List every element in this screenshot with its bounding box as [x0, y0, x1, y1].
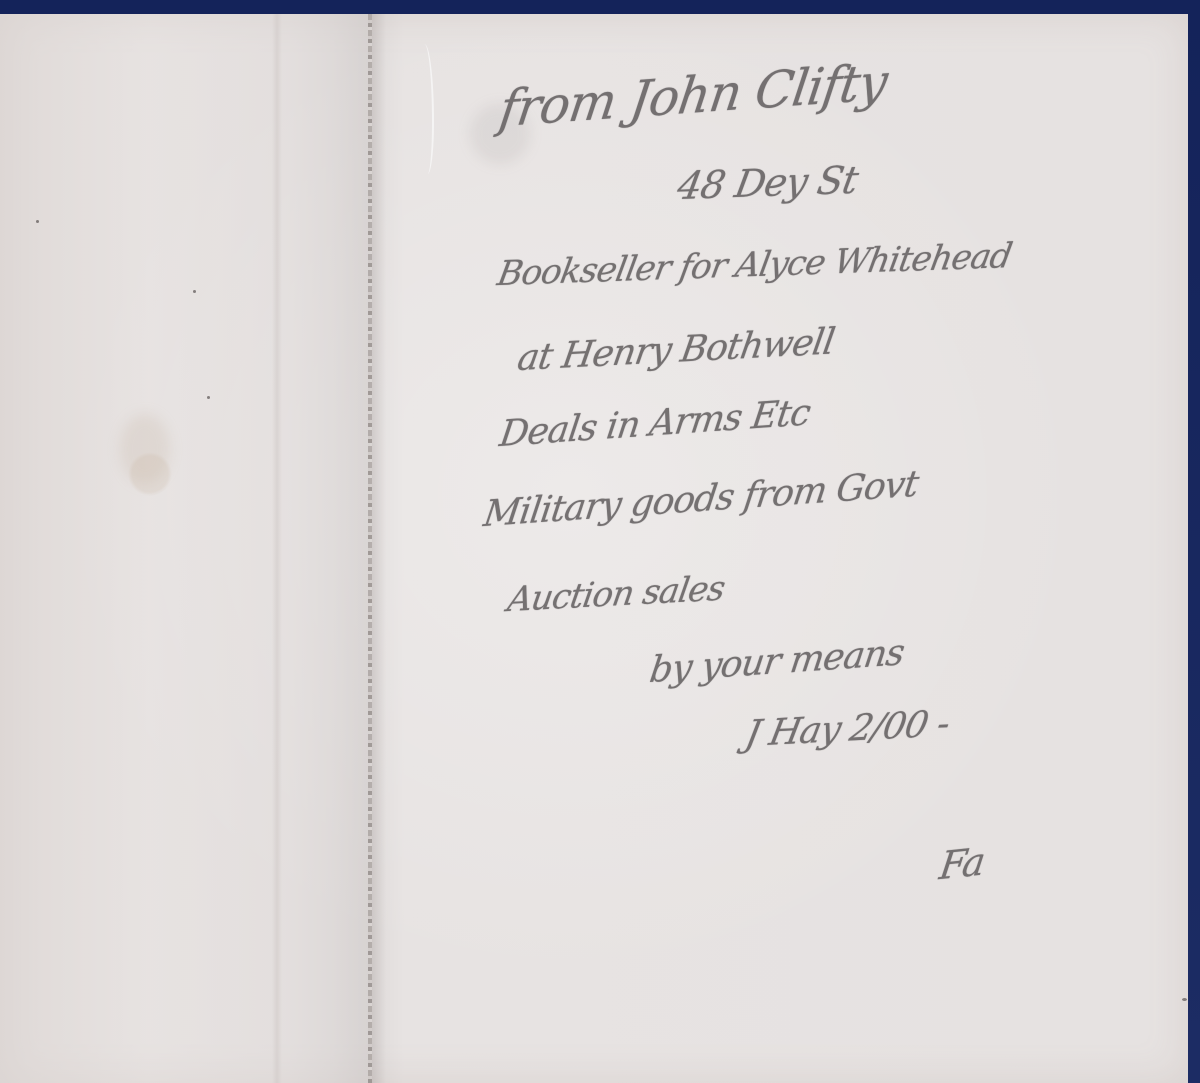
- handwritten-line-8: by your means: [647, 632, 906, 691]
- fold-shadow: [372, 14, 386, 1083]
- handwritten-line-5: Deals in Arms Etc: [497, 392, 812, 455]
- left-page: [0, 14, 370, 1083]
- handwritten-line-7: Auction sales: [505, 568, 727, 620]
- paper-tear: [418, 44, 434, 174]
- handwritten-signature: J Hay 2/00 -: [742, 703, 953, 755]
- handwritten-line-2: 48 Dey St: [674, 158, 861, 209]
- paper-sheet: from John Clifty 48 Dey St Bookseller fo…: [0, 14, 1188, 1083]
- speck: [1182, 998, 1187, 1001]
- handwritten-line-1: from John Clifty: [496, 53, 891, 139]
- left-page-crease: [272, 14, 282, 1083]
- handwritten-line-4: at Henry Bothwell: [515, 321, 837, 379]
- handwritten-footer-mark: Fa: [937, 839, 988, 889]
- speck: [207, 396, 210, 399]
- speck: [193, 290, 196, 293]
- handwritten-line-3: Bookseller for Alyce Whitehead: [494, 236, 1014, 294]
- handwritten-line-6: Military goods from Govt: [481, 463, 920, 535]
- speck: [36, 220, 39, 223]
- smudge: [120, 414, 170, 484]
